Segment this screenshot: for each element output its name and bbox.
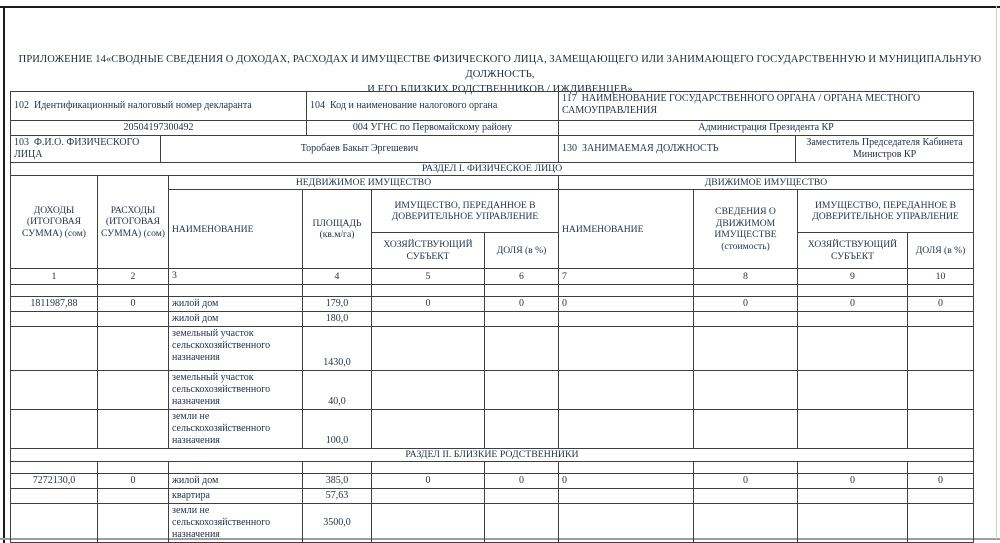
table-cell [11, 489, 98, 504]
table-cell: 0 [798, 474, 908, 489]
header-trust-immovable: ИМУЩЕСТВО, ПЕРЕДАННОЕ В ДОВЕРИТЕЛЬНОЕ УП… [372, 190, 559, 233]
table-cell: 2 [98, 269, 169, 285]
section-1-rows-group: 1811987,880жилой дом179,0000000жилой дом… [11, 297, 974, 449]
header-name-immovable: НАИМЕНОВАНИЕ [169, 190, 303, 269]
table-cell: жилой дом [169, 312, 303, 327]
table-cell: земельный участок сельскохозяйственного … [169, 371, 303, 410]
table-cell [798, 312, 908, 327]
table-cell [694, 327, 798, 371]
table-row: квартира57,63 [11, 489, 974, 504]
table-cell [169, 462, 303, 474]
header-incomes: ДОХОДЫ (ИТОГОВАЯ СУММА) (сом) [11, 175, 98, 269]
table-cell: 0 [694, 297, 798, 312]
table-row: 12345678910 [11, 269, 974, 285]
table-cell: 0 [908, 297, 974, 312]
table-cell: 0 [798, 297, 908, 312]
table-cell: 8 [694, 269, 798, 285]
table-cell [908, 462, 974, 474]
table-cell [798, 327, 908, 371]
table-cell: 4 [303, 269, 372, 285]
table-cell [908, 489, 974, 504]
table-cell: 1 [11, 269, 98, 285]
section-2-rows-group: 7272130,00жилой дом385,0000000квартира57… [11, 474, 974, 543]
table-cell [694, 489, 798, 504]
table-row: земельный участок сельскохозяйственного … [11, 327, 974, 371]
section-2-title: РАЗДЕЛ II. БЛИЗКИЕ РОДСТВЕННИКИ [11, 449, 974, 462]
table-cell [694, 410, 798, 449]
header-expenses: РАСХОДЫ (ИТОГОВАЯ СУММА) (сом) [98, 175, 169, 269]
table-row: земли не сельскохозяйственного назначени… [11, 504, 974, 543]
table-cell: 40,0 [303, 371, 372, 410]
table-cell: 0 [485, 297, 559, 312]
table-cell [98, 312, 169, 327]
table-cell [559, 489, 694, 504]
page-edge-top [0, 6, 1000, 8]
table-cell [169, 285, 303, 297]
table-cell [908, 327, 974, 371]
table-cell: жилой дом [169, 474, 303, 489]
property-declaration-table: РАЗДЕЛ I. ФИЗИЧЕСКОЕ ЛИЦО ДОХОДЫ (ИТОГОВ… [10, 162, 974, 543]
table-cell [798, 371, 908, 410]
table-cell [11, 312, 98, 327]
table-cell [303, 285, 372, 297]
table-cell: 57,63 [303, 489, 372, 504]
table-cell [98, 504, 169, 543]
document-title-line-1: ПРИЛОЖЕНИЕ 14«СВОДНЫЕ СВЕДЕНИЯ О ДОХОДАХ… [8, 52, 992, 82]
table-cell [98, 489, 169, 504]
table-cell [11, 504, 98, 543]
table-cell [372, 504, 485, 543]
table-cell [485, 504, 559, 543]
field-102-value: 20504197300492 [11, 121, 307, 136]
table-cell [798, 410, 908, 449]
table-cell: 3 [169, 269, 303, 285]
table-row: 102 Идентификационный налоговый номер де… [11, 92, 974, 121]
header-business-entity-movable: ХОЗЯЙСТВУЮЩИЙ СУБЪЕКТ [798, 233, 908, 269]
table-cell [98, 462, 169, 474]
table-cell: 9 [798, 269, 908, 285]
table-cell [11, 410, 98, 449]
table-cell: 385,0 [303, 474, 372, 489]
section-2-title-row: РАЗДЕЛ II. БЛИЗКИЕ РОДСТВЕННИКИ [11, 449, 974, 462]
header-name-movable: НАИМЕНОВАНИЕ [559, 190, 694, 269]
table-cell [798, 504, 908, 543]
table-header-row: ДОХОДЫ (ИТОГОВАЯ СУММА) (сом) РАСХОДЫ (И… [11, 175, 974, 190]
table-cell [694, 462, 798, 474]
table-cell [559, 410, 694, 449]
table-cell: квартира [169, 489, 303, 504]
table-row: 7272130,00жилой дом385,0000000 [11, 474, 974, 489]
table-cell [485, 327, 559, 371]
table-cell: 0 [908, 474, 974, 489]
table-cell: 0 [372, 297, 485, 312]
table-cell: 7 [559, 269, 694, 285]
table-cell [694, 312, 798, 327]
table-cell [798, 489, 908, 504]
tables-container: 102 Идентификационный налоговый номер де… [10, 91, 973, 543]
header-share-movable: ДОЛЯ (в %) [908, 233, 974, 269]
table-cell [559, 371, 694, 410]
page-edge-left [3, 6, 5, 543]
table-cell [98, 285, 169, 297]
declarant-info-table: 102 Идентификационный налоговый номер де… [10, 91, 974, 163]
field-117-label: 117 НАИМЕНОВАНИЕ ГОСУДАРСТВЕННОГО ОРГАНА… [559, 92, 974, 121]
table-cell: 6 [485, 269, 559, 285]
declaration-document-page: ПРИЛОЖЕНИЕ 14«СВОДНЫЕ СВЕДЕНИЯ О ДОХОДАХ… [0, 0, 1000, 543]
table-cell [485, 312, 559, 327]
field-103-value: Торобаев Бакыт Эргешевич [161, 136, 559, 163]
table-cell: 0 [372, 474, 485, 489]
table-cell: земли не сельскохозяйственного назначени… [169, 504, 303, 543]
table-cell [694, 371, 798, 410]
table-row: земельный участок сельскохозяйственного … [11, 371, 974, 410]
table-cell: 10 [908, 269, 974, 285]
table-cell [908, 371, 974, 410]
header-trust-movable: ИМУЩЕСТВО, ПЕРЕДАННОЕ В ДОВЕРИТЕЛЬНОЕ УП… [798, 190, 974, 233]
table-row: земли не сельскохозяйственного назначени… [11, 410, 974, 449]
table-cell: земли не сельскохозяйственного назначени… [169, 410, 303, 449]
table-row: 1811987,880жилой дом179,0000000 [11, 297, 974, 312]
table-cell: 7272130,0 [11, 474, 98, 489]
table-row: жилой дом180,0 [11, 312, 974, 327]
field-102-label: 102 Идентификационный налоговый номер де… [11, 92, 307, 121]
field-130-value: Заместитель Председателя Кабинета Минист… [796, 136, 974, 163]
spacer-row-group [11, 462, 974, 474]
table-cell [559, 327, 694, 371]
page-edge-right [996, 6, 997, 539]
table-cell [485, 462, 559, 474]
table-cell: 5 [372, 269, 485, 285]
table-cell [98, 371, 169, 410]
table-cell: жилой дом [169, 297, 303, 312]
header-share-immovable: ДОЛЯ (в %) [485, 233, 559, 269]
table-cell [11, 371, 98, 410]
table-row: 103 Ф.И.О. ФИЗИЧЕСКОГО ЛИЦА Торобаев Бак… [11, 136, 974, 163]
table-cell [559, 504, 694, 543]
table-cell [372, 489, 485, 504]
spacer-row-group [11, 285, 974, 297]
section-1-title-row: РАЗДЕЛ I. ФИЗИЧЕСКОЕ ЛИЦО [11, 163, 974, 176]
table-cell [559, 312, 694, 327]
table-cell [485, 489, 559, 504]
table-cell [11, 327, 98, 371]
table-cell [559, 462, 694, 474]
table-cell [372, 462, 485, 474]
spacer-row [11, 462, 974, 474]
table-cell [798, 285, 908, 297]
section-1-title: РАЗДЕЛ I. ФИЗИЧЕСКОЕ ЛИЦО [11, 163, 974, 176]
table-cell [98, 410, 169, 449]
table-cell [694, 504, 798, 543]
table-cell [798, 462, 908, 474]
table-cell: 0 [98, 297, 169, 312]
table-cell: 3500,0 [303, 504, 372, 543]
table-row: 20504197300492 004 УГНС по Первомайскому… [11, 121, 974, 136]
table-cell [485, 285, 559, 297]
table-cell [485, 410, 559, 449]
table-cell [908, 285, 974, 297]
field-104-label: 104 Код и наименование налогового органа [307, 92, 559, 121]
table-cell: 0 [559, 297, 694, 312]
field-117-value: Администрация Президента КР [559, 121, 974, 136]
table-cell [372, 285, 485, 297]
header-immovable-property: НЕДВИЖИМОЕ ИМУЩЕСТВО [169, 175, 559, 190]
table-cell: 0 [485, 474, 559, 489]
field-130-label: 130 ЗАНИМАЕМАЯ ДОЛЖНОСТЬ [559, 136, 796, 163]
table-cell [98, 327, 169, 371]
table-cell [694, 285, 798, 297]
field-103-label: 103 Ф.И.О. ФИЗИЧЕСКОГО ЛИЦА [11, 136, 161, 163]
header-movable-property: ДВИЖИМОЕ ИМУЩЕСТВО [559, 175, 974, 190]
table-cell: 1811987,88 [11, 297, 98, 312]
table-cell: 1430,0 [303, 327, 372, 371]
table-cell [908, 410, 974, 449]
table-cell: 0 [559, 474, 694, 489]
table-cell [908, 312, 974, 327]
section-2-title-group: РАЗДЕЛ II. БЛИЗКИЕ РОДСТВЕННИКИ [11, 449, 974, 462]
table-cell [11, 285, 98, 297]
header-business-entity-immovable: ХОЗЯЙСТВУЮЩИЙ СУБЪЕКТ [372, 233, 485, 269]
table-cell: 0 [694, 474, 798, 489]
column-numbers-group: 12345678910 [11, 269, 974, 285]
table-cell: 180,0 [303, 312, 372, 327]
table-cell [559, 285, 694, 297]
table-cell [372, 410, 485, 449]
table-cell: 179,0 [303, 297, 372, 312]
field-104-value: 004 УГНС по Первомайскому району [307, 121, 559, 136]
section-1-header-group: РАЗДЕЛ I. ФИЗИЧЕСКОЕ ЛИЦО ДОХОДЫ (ИТОГОВ… [11, 163, 974, 269]
spacer-row [11, 285, 974, 297]
header-movable-info: СВЕДЕНИЯ О ДВИЖИМОМ ИМУЩЕСТВЕ (стоимость… [694, 190, 798, 269]
table-cell: земельный участок сельскохозяйственного … [169, 327, 303, 371]
table-cell: 0 [98, 474, 169, 489]
table-cell: 100,0 [303, 410, 372, 449]
table-cell [11, 462, 98, 474]
header-area: ПЛОЩАДЬ (кв.м/га) [303, 190, 372, 269]
table-cell [303, 462, 372, 474]
table-cell [372, 371, 485, 410]
table-cell [485, 371, 559, 410]
table-cell [372, 327, 485, 371]
table-cell [908, 504, 974, 543]
table-cell [372, 312, 485, 327]
